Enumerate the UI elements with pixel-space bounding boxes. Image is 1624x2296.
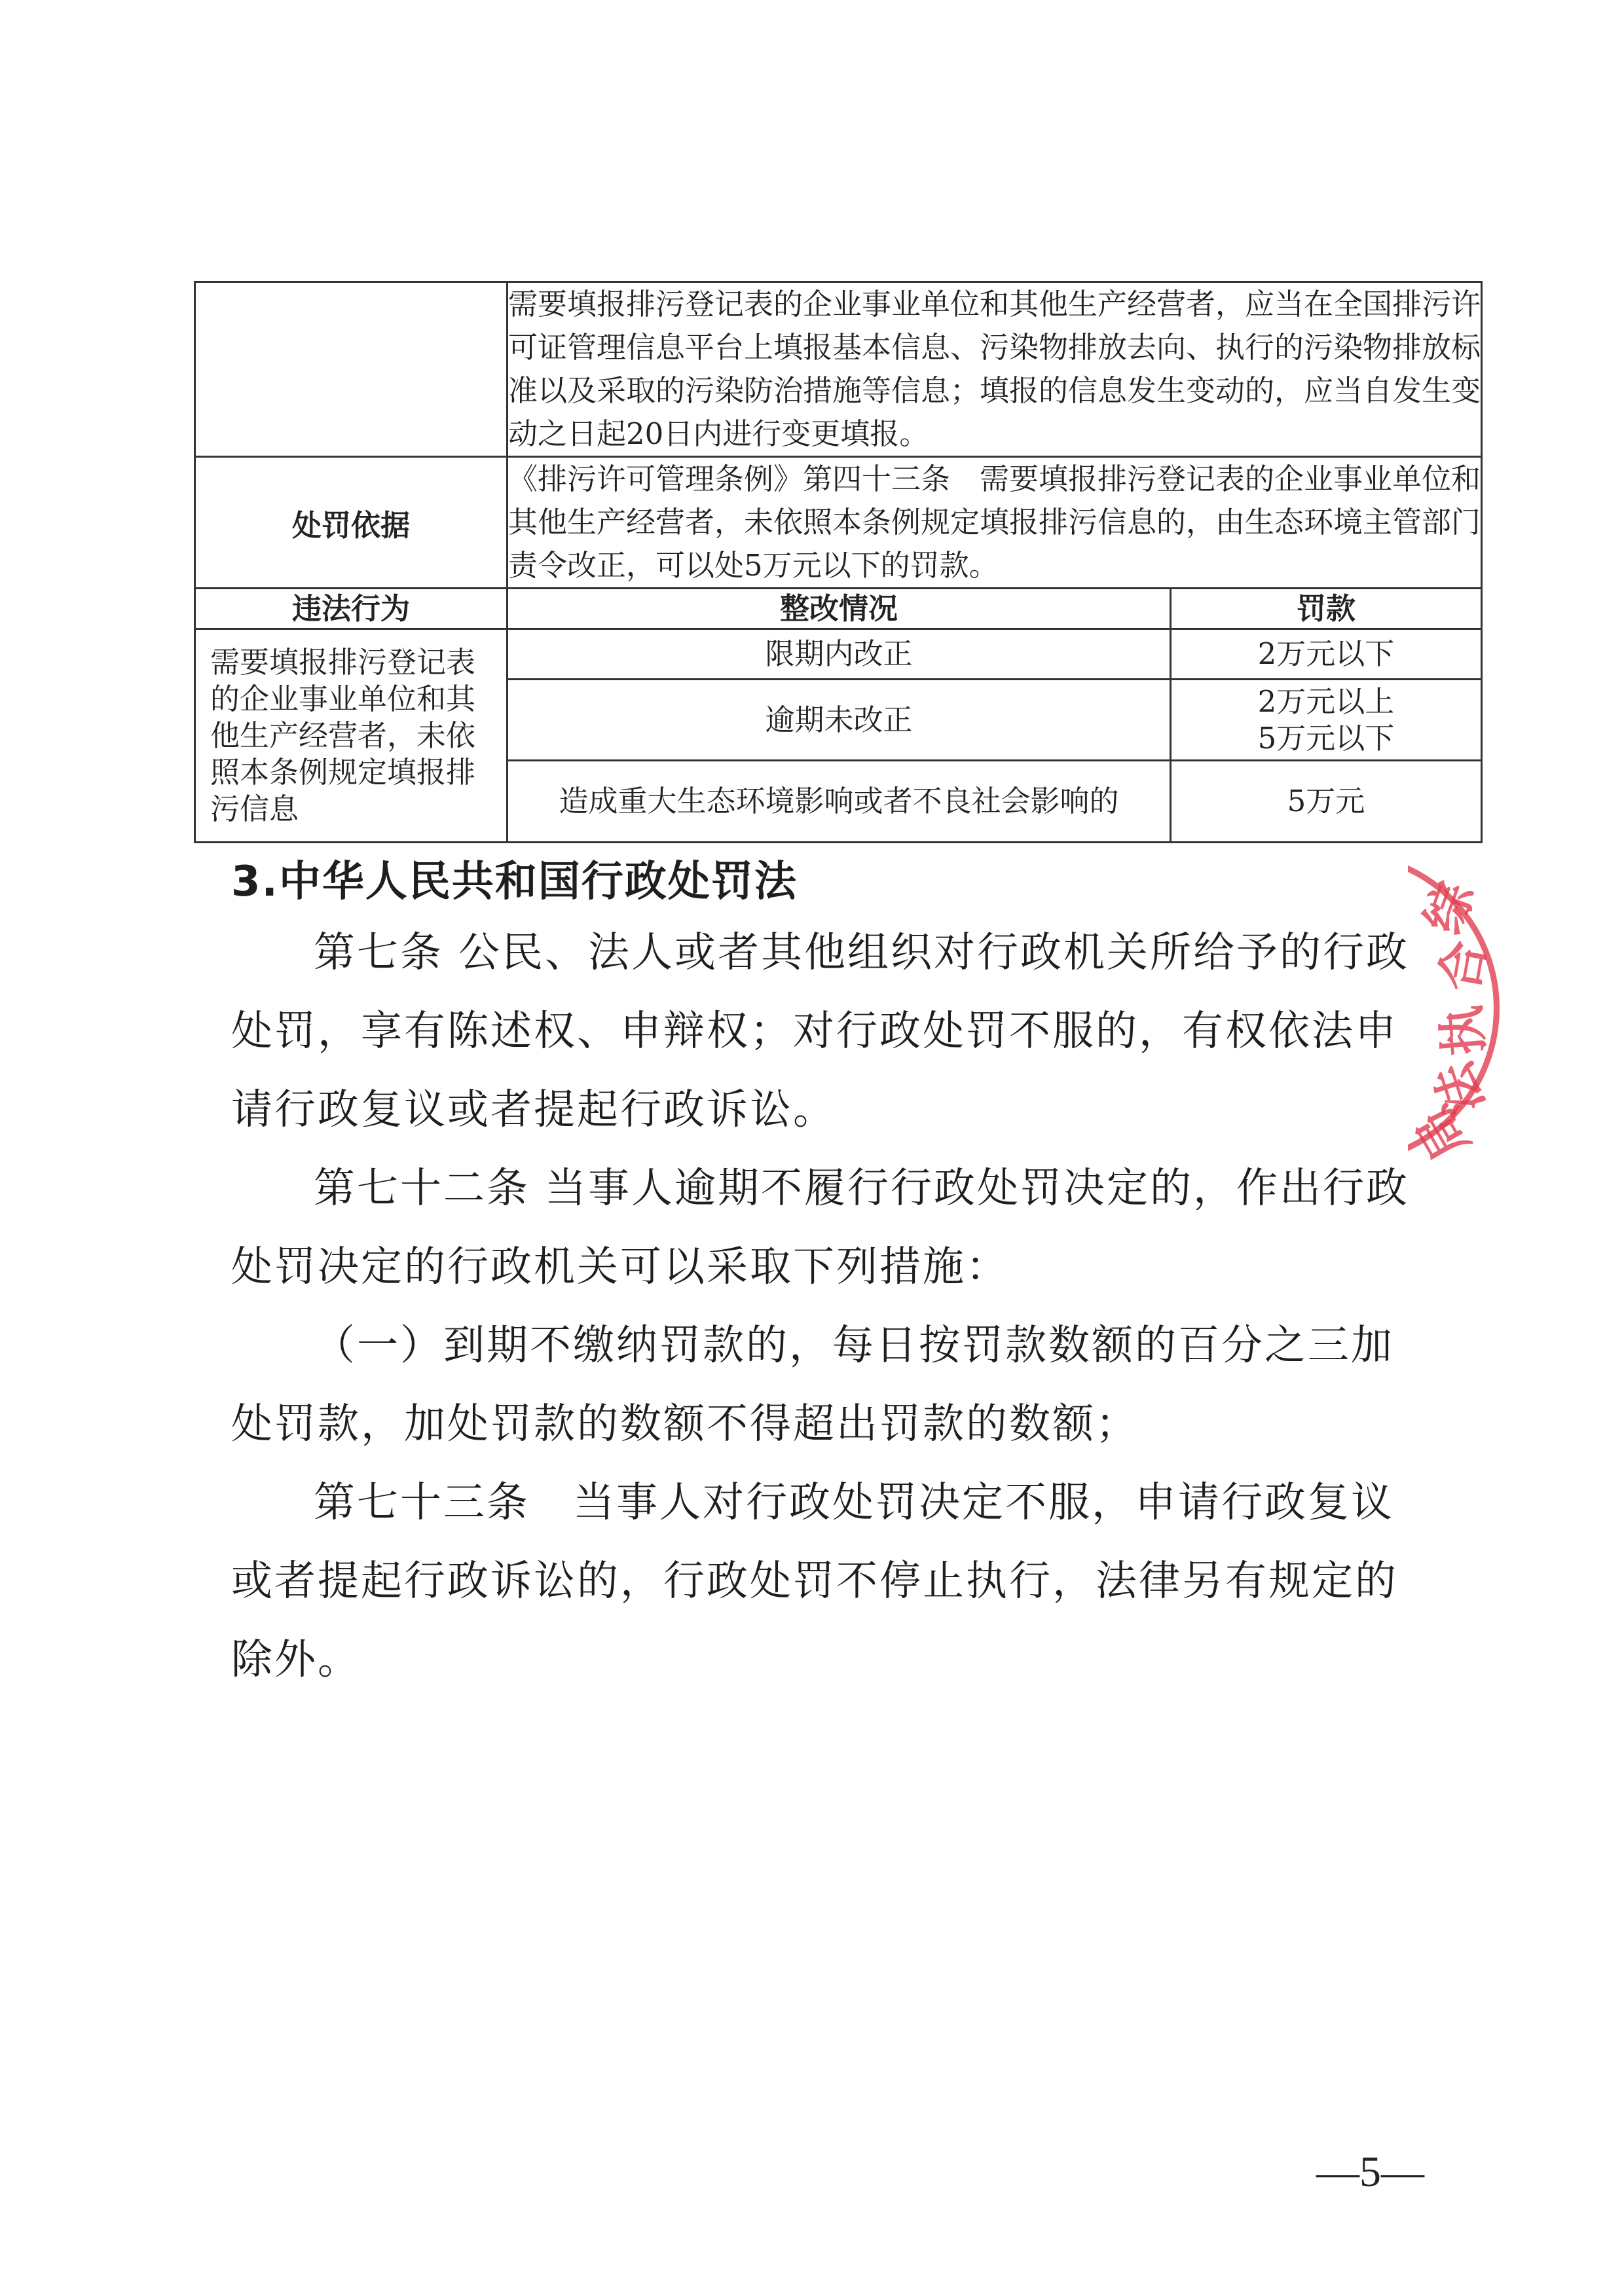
article-72: 第七十二条 当事人逾期不履行行政处罚决定的，作出行政处罚决定的行政机关可以采取下… bbox=[231, 1149, 1436, 1306]
violation-text: 需要填报排污登记表的企业事业单位和其他生产经营者，未依照本条例规定填报排污信息 bbox=[195, 629, 507, 843]
section-heading: 3.中华人民共和国行政处罚法 bbox=[231, 848, 798, 908]
fine-cell: 5万元 bbox=[1171, 761, 1482, 843]
situation-cell: 造成重大生态环境影响或者不良社会影响的 bbox=[507, 761, 1171, 843]
table-header-row: 违法行为 整改情况 罚款 bbox=[195, 589, 1482, 629]
table-row: 需要填报排污登记表的企业事业单位和其他生产经营者，未依照本条例规定填报排污信息 … bbox=[195, 629, 1482, 680]
obligation-text: 需要填报排污登记表的企业事业单位和其他生产经营者，应当在全国排污许可证管理信息平… bbox=[507, 282, 1482, 457]
basis-label: 处罚依据 bbox=[195, 457, 507, 589]
table-row-basis: 处罚依据 《排污许可管理条例》第四十三条 需要填报排污登记表的企业事业单位和其他… bbox=[195, 457, 1482, 589]
basis-text: 《排污许可管理条例》第四十三条 需要填报排污登记表的企业事业单位和其他生产经营者… bbox=[507, 457, 1482, 589]
situation-cell: 限期内改正 bbox=[507, 629, 1171, 680]
table-row-obligation: 需要填报排污登记表的企业事业单位和其他生产经营者，应当在全国排污许可证管理信息平… bbox=[195, 282, 1482, 457]
fine-line: 5万元以下 bbox=[1172, 720, 1481, 757]
fine-cell: 2万元以下 bbox=[1171, 629, 1482, 680]
article-73: 第七十三条 当事人对行政处罚决定不服，申请行政复议或者提起行政诉讼的，行政处罚不… bbox=[231, 1463, 1436, 1699]
header-situation: 整改情况 bbox=[507, 589, 1171, 629]
article-7: 第七条 公民、法人或者其他组织对行政机关所给予的行政处罚，享有陈述权、申辩权；对… bbox=[231, 913, 1436, 1149]
header-violation: 违法行为 bbox=[195, 589, 507, 629]
header-fine: 罚款 bbox=[1171, 589, 1482, 629]
row1-left-cell bbox=[195, 282, 507, 457]
section-body: 第七条 公民、法人或者其他组织对行政机关所给予的行政处罚，享有陈述权、申辩权；对… bbox=[231, 913, 1436, 1699]
situation-cell: 逾期未改正 bbox=[507, 680, 1171, 761]
seal-char: 执 bbox=[1421, 1003, 1496, 1059]
fine-cell: 2万元以上 5万元以下 bbox=[1171, 680, 1482, 761]
page-number: —5— bbox=[1316, 2147, 1424, 2197]
penalty-table: 需要填报排污登记表的企业事业单位和其他生产经营者，应当在全国排污许可证管理信息平… bbox=[194, 281, 1483, 843]
article-72-item-1: （一）到期不缴纳罚款的，每日按罚款数额的百分之三加处罚款，加处罚款的数额不得超出… bbox=[231, 1306, 1436, 1463]
fine-line: 2万元以上 bbox=[1172, 683, 1481, 720]
